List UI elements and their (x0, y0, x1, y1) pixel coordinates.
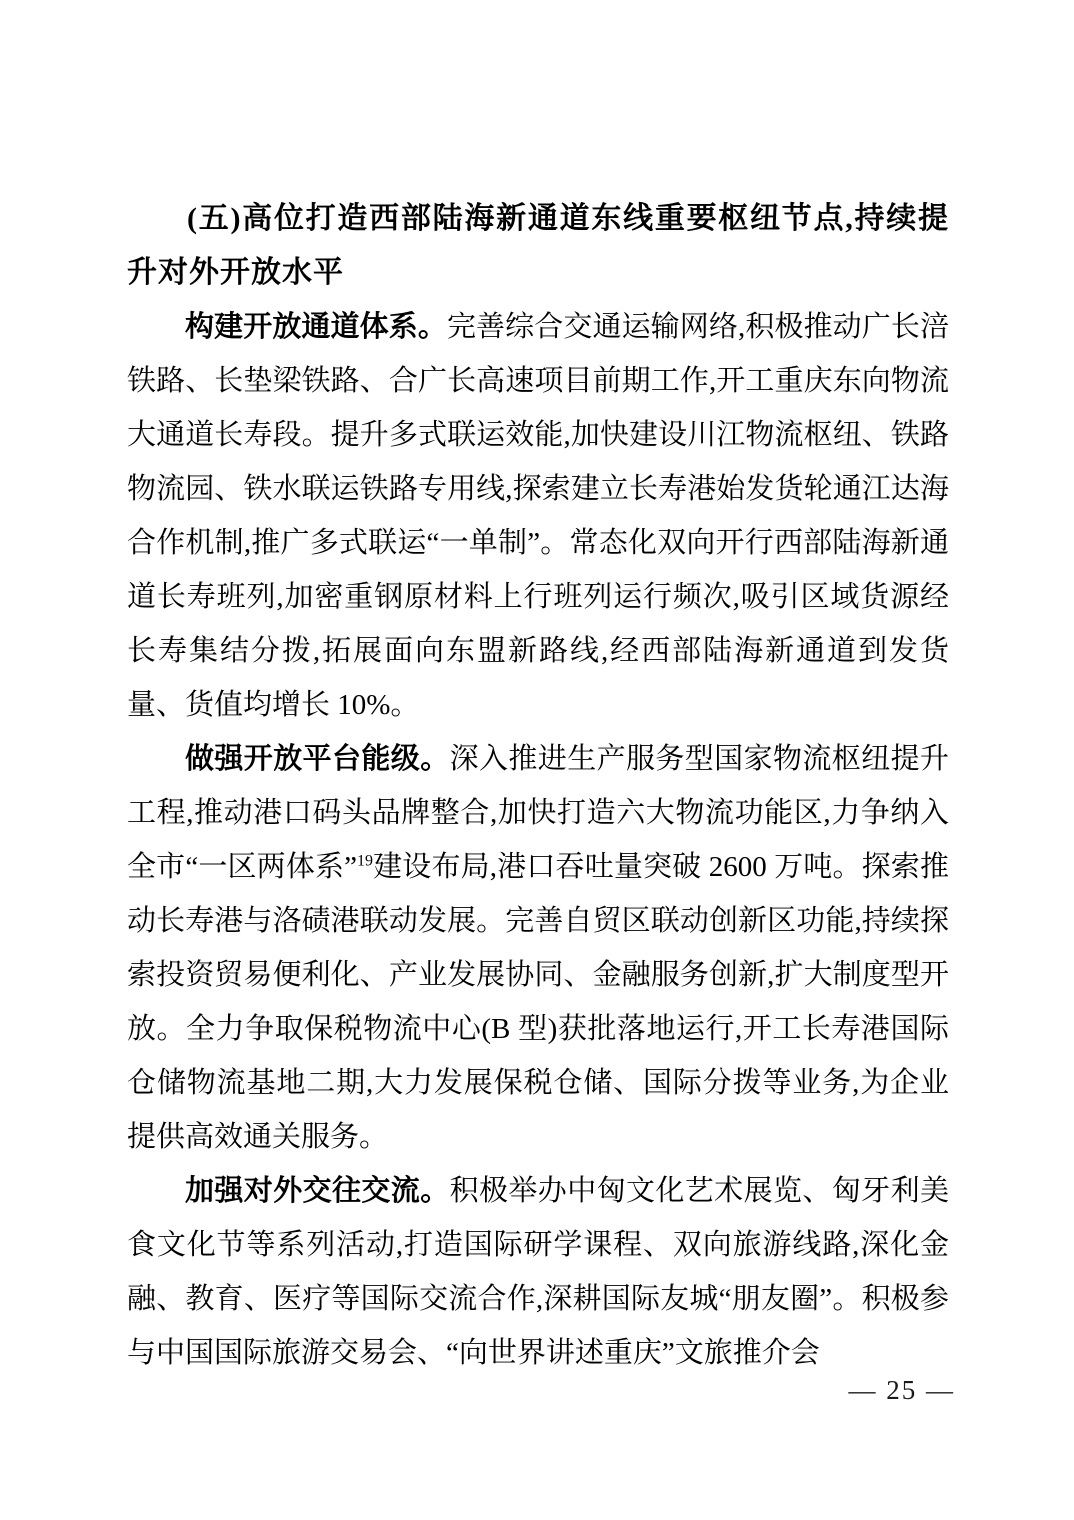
paragraph-1-lead: 构建开放通道体系。 (185, 311, 447, 343)
section-heading: (五)高位打造西部陆海新通道东线重要枢纽节点,持续提升对外开放水平 (127, 192, 949, 300)
page-number: — 25 — (849, 1372, 956, 1408)
document-page: (五)高位打造西部陆海新通道东线重要枢纽节点,持续提升对外开放水平 构建开放通道… (0, 0, 1074, 1520)
paragraph-foreign-exchange: 加强对外交往交流。积极举办中匈文化艺术展览、匈牙利美食文化节等系列活动,打造国际… (127, 1164, 949, 1380)
paragraph-1-body: 完善综合交通运输网络,积极推动广长涪铁路、长垫梁铁路、合广长高速项目前期工作,开… (127, 311, 949, 721)
paragraph-2-body-after-note: 建设布局,港口吞吐量突破 2600 万吨。探索推动长寿港与洛碛港联动发展。完善自… (127, 851, 949, 1153)
document-content: (五)高位打造西部陆海新通道东线重要枢纽节点,持续提升对外开放水平 构建开放通道… (127, 192, 949, 1380)
paragraph-strengthen-platform: 做强开放平台能级。深入推进生产服务型国家物流枢纽提升工程,推动港口码头品牌整合,… (127, 732, 949, 1164)
footnote-reference-19: 19 (357, 852, 373, 869)
paragraph-2-lead: 做强开放平台能级。 (185, 743, 450, 775)
paragraph-build-open-channel: 构建开放通道体系。完善综合交通运输网络,积极推动广长涪铁路、长垫梁铁路、合广长高… (127, 300, 949, 732)
paragraph-3-lead: 加强对外交往交流。 (185, 1175, 450, 1207)
